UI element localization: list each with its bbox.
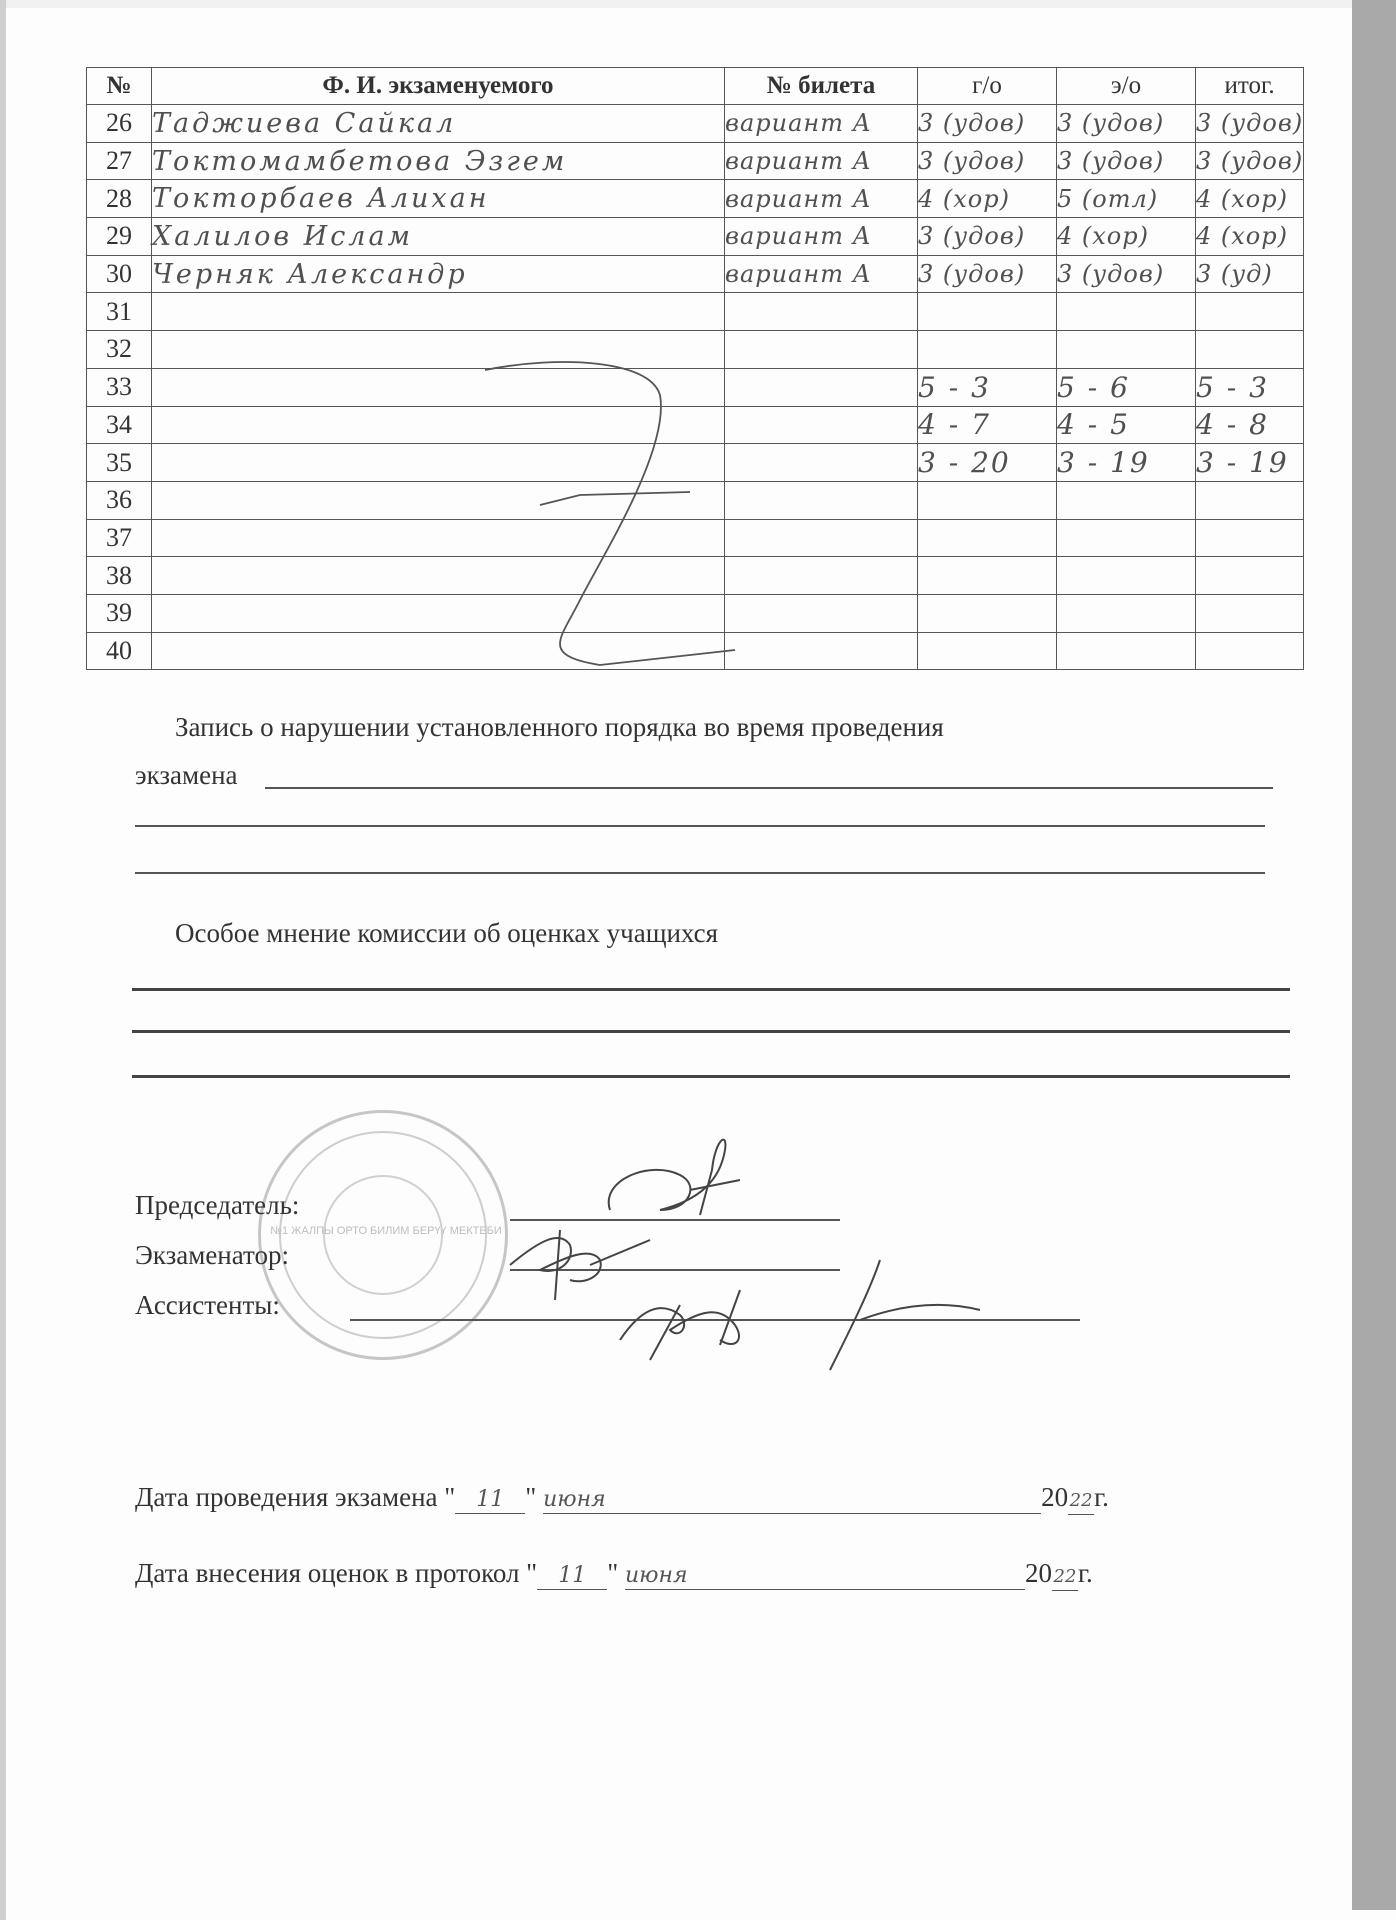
row-ticket [725, 481, 918, 519]
row-ticket [725, 293, 918, 331]
row-num: 30 [87, 255, 152, 293]
row-num: 27 [87, 142, 152, 180]
row-go-grade: 3 (удов) [918, 255, 1057, 293]
row-student-name [152, 406, 725, 444]
row-student-name [152, 444, 725, 482]
table-row: 31 [87, 293, 1304, 331]
entry-date-day: 11 [537, 1563, 607, 1590]
row-student-name: Халилов Ислам [152, 218, 725, 256]
entry-date-year-suffix: 22 [1052, 1564, 1078, 1591]
violation-label: Запись о нарушении установленного порядк… [175, 712, 944, 743]
header-ticket: № билета [725, 68, 918, 105]
row-total-grade: 4 (хор) [1196, 180, 1304, 218]
row-eo-grade: 4 (хор) [1057, 218, 1196, 256]
row-num: 32 [87, 331, 152, 369]
row-ticket: вариант А [725, 180, 918, 218]
table-row: 26 Таджиева Сайкал вариант А 3 (удов) 3 … [87, 105, 1304, 143]
entry-date-year-prefix: 20 [1025, 1558, 1052, 1588]
row-num: 29 [87, 218, 152, 256]
row-eo-grade: 4 - 5 [1057, 406, 1196, 444]
row-go-grade [918, 481, 1057, 519]
row-total-grade: 4 - 8 [1196, 406, 1304, 444]
opinion-line-1 [132, 988, 1290, 991]
entry-date-label: Дата внесения оценок в протокол " [135, 1558, 537, 1588]
row-go-grade: 4 - 7 [918, 406, 1057, 444]
exam-date-year-suffix: 22 [1068, 1488, 1094, 1515]
header-total: итог. [1196, 68, 1304, 105]
row-eo-grade [1057, 594, 1196, 632]
table-row: 40 [87, 632, 1304, 670]
row-student-name [152, 632, 725, 670]
row-go-grade: 3 (удов) [918, 218, 1057, 256]
row-student-name: Токтомамбетова Эзгем [152, 142, 725, 180]
row-student-name [152, 594, 725, 632]
row-student-name: Токторбаев Алихан [152, 180, 725, 218]
row-total-grade: 3 (уд) [1196, 255, 1304, 293]
stamp-text: №1 ЖАЛПЫ ОРТО БИЛИМ БЕРҮҮ МЕКТЕБИ [261, 1225, 511, 1237]
row-student-name [152, 331, 725, 369]
row-go-grade: 3 - 20 [918, 444, 1057, 482]
exam-date-quote: " [525, 1482, 536, 1512]
row-eo-grade [1057, 331, 1196, 369]
violation-line-3 [135, 872, 1265, 874]
row-student-name [152, 368, 725, 406]
row-student-name [152, 293, 725, 331]
exam-date-year-unit: г. [1094, 1482, 1109, 1512]
table-row: 39 [87, 594, 1304, 632]
row-ticket [725, 632, 918, 670]
row-eo-grade: 3 (удов) [1057, 105, 1196, 143]
row-go-grade: 3 (удов) [918, 105, 1057, 143]
chair-label: Председатель: [135, 1190, 299, 1221]
chair-signature-line [510, 1219, 840, 1221]
table-row: 27 Токтомамбетова Эзгем вариант А 3 (удо… [87, 142, 1304, 180]
row-total-grade [1196, 519, 1304, 557]
entry-date-row: Дата внесения оценок в протокол "11" июн… [135, 1558, 1093, 1591]
exam-date-year-prefix: 20 [1041, 1482, 1068, 1512]
row-total-grade [1196, 481, 1304, 519]
scan-right-edge [1352, 0, 1396, 1910]
row-eo-grade [1057, 293, 1196, 331]
row-student-name [152, 519, 725, 557]
row-eo-grade: 3 (удов) [1057, 255, 1196, 293]
row-eo-grade [1057, 557, 1196, 595]
row-go-grade [918, 331, 1057, 369]
row-ticket [725, 594, 918, 632]
row-eo-grade [1057, 632, 1196, 670]
table-row: 33 5 - 3 5 - 6 5 - 3 [87, 368, 1304, 406]
exam-date-row: Дата проведения экзамена "11" июня2022г. [135, 1482, 1109, 1515]
table-header-row: № Ф. И. экзаменуемого № билета г/о э/о и… [87, 68, 1304, 105]
row-go-grade [918, 594, 1057, 632]
opinion-label: Особое мнение комиссии об оценках учащих… [175, 918, 718, 949]
exam-date-day: 11 [455, 1487, 525, 1514]
row-num: 31 [87, 293, 152, 331]
row-student-name [152, 557, 725, 595]
scan-left-edge [0, 0, 6, 1920]
row-eo-grade [1057, 519, 1196, 557]
violation-line-1 [265, 787, 1273, 789]
table-row: 35 3 - 20 3 - 19 3 - 19 [87, 444, 1304, 482]
row-ticket: вариант А [725, 255, 918, 293]
exam-date-label: Дата проведения экзамена " [135, 1482, 455, 1512]
examiner-signature-line [510, 1269, 840, 1271]
row-total-grade [1196, 557, 1304, 595]
row-num: 34 [87, 406, 152, 444]
scan-top-edge [0, 0, 1352, 8]
violation-label-cont: экзамена [135, 760, 238, 791]
row-total-grade: 3 - 19 [1196, 444, 1304, 482]
exam-results-table: № Ф. И. экзаменуемого № билета г/о э/о и… [86, 67, 1304, 670]
official-stamp: №1 ЖАЛПЫ ОРТО БИЛИМ БЕРҮҮ МЕКТЕБИ [258, 1110, 508, 1360]
row-eo-grade: 3 - 19 [1057, 444, 1196, 482]
row-ticket: вариант А [725, 142, 918, 180]
row-num: 36 [87, 481, 152, 519]
row-total-grade [1196, 594, 1304, 632]
row-num: 40 [87, 632, 152, 670]
row-student-name: Таджиева Сайкал [152, 105, 725, 143]
row-num: 26 [87, 105, 152, 143]
row-ticket: вариант А [725, 105, 918, 143]
table-row: 28 Токторбаев Алихан вариант А 4 (хор) 5… [87, 180, 1304, 218]
row-go-grade: 3 (удов) [918, 142, 1057, 180]
row-num: 35 [87, 444, 152, 482]
row-student-name [152, 481, 725, 519]
row-ticket: вариант А [725, 218, 918, 256]
table-row: 32 [87, 331, 1304, 369]
assistants-signature-line [350, 1319, 1080, 1321]
row-num: 37 [87, 519, 152, 557]
row-eo-grade [1057, 481, 1196, 519]
table-row: 36 [87, 481, 1304, 519]
header-num: № [87, 68, 152, 105]
row-total-grade: 4 (хор) [1196, 218, 1304, 256]
violation-line-2 [135, 825, 1265, 827]
row-eo-grade: 5 - 6 [1057, 368, 1196, 406]
assistants-label: Ассистенты: [135, 1290, 280, 1321]
row-eo-grade: 5 (отл) [1057, 180, 1196, 218]
exam-date-month: июня [543, 1487, 1041, 1514]
row-go-grade: 4 (хор) [918, 180, 1057, 218]
examiner-label: Экзаменатор: [135, 1240, 289, 1271]
row-go-grade [918, 293, 1057, 331]
header-go: г/о [918, 68, 1057, 105]
row-total-grade [1196, 632, 1304, 670]
opinion-line-2 [132, 1030, 1290, 1033]
row-total-grade [1196, 331, 1304, 369]
table-row: 37 [87, 519, 1304, 557]
row-go-grade: 5 - 3 [918, 368, 1057, 406]
entry-date-quote: " [607, 1558, 618, 1588]
row-num: 28 [87, 180, 152, 218]
row-ticket [725, 557, 918, 595]
row-go-grade [918, 632, 1057, 670]
row-ticket [725, 368, 918, 406]
row-ticket [725, 519, 918, 557]
header-name: Ф. И. экзаменуемого [152, 68, 725, 105]
row-go-grade [918, 557, 1057, 595]
entry-date-year-unit: г. [1078, 1558, 1093, 1588]
opinion-line-3 [132, 1075, 1290, 1078]
row-go-grade [918, 519, 1057, 557]
row-total-grade [1196, 293, 1304, 331]
row-eo-grade: 3 (удов) [1057, 142, 1196, 180]
table-row: 38 [87, 557, 1304, 595]
row-total-grade: 5 - 3 [1196, 368, 1304, 406]
row-num: 39 [87, 594, 152, 632]
table-row: 29 Халилов Ислам вариант А 3 (удов) 4 (х… [87, 218, 1304, 256]
row-ticket [725, 331, 918, 369]
row-student-name: Черняк Александр [152, 255, 725, 293]
table-row: 30 Черняк Александр вариант А 3 (удов) 3… [87, 255, 1304, 293]
table-row: 34 4 - 7 4 - 5 4 - 8 [87, 406, 1304, 444]
row-total-grade: 3 (удов) [1196, 142, 1304, 180]
header-eo: э/о [1057, 68, 1196, 105]
row-ticket [725, 406, 918, 444]
row-num: 38 [87, 557, 152, 595]
entry-date-month: июня [625, 1563, 1025, 1590]
row-num: 33 [87, 368, 152, 406]
row-total-grade: 3 (удов) [1196, 105, 1304, 143]
row-ticket [725, 444, 918, 482]
